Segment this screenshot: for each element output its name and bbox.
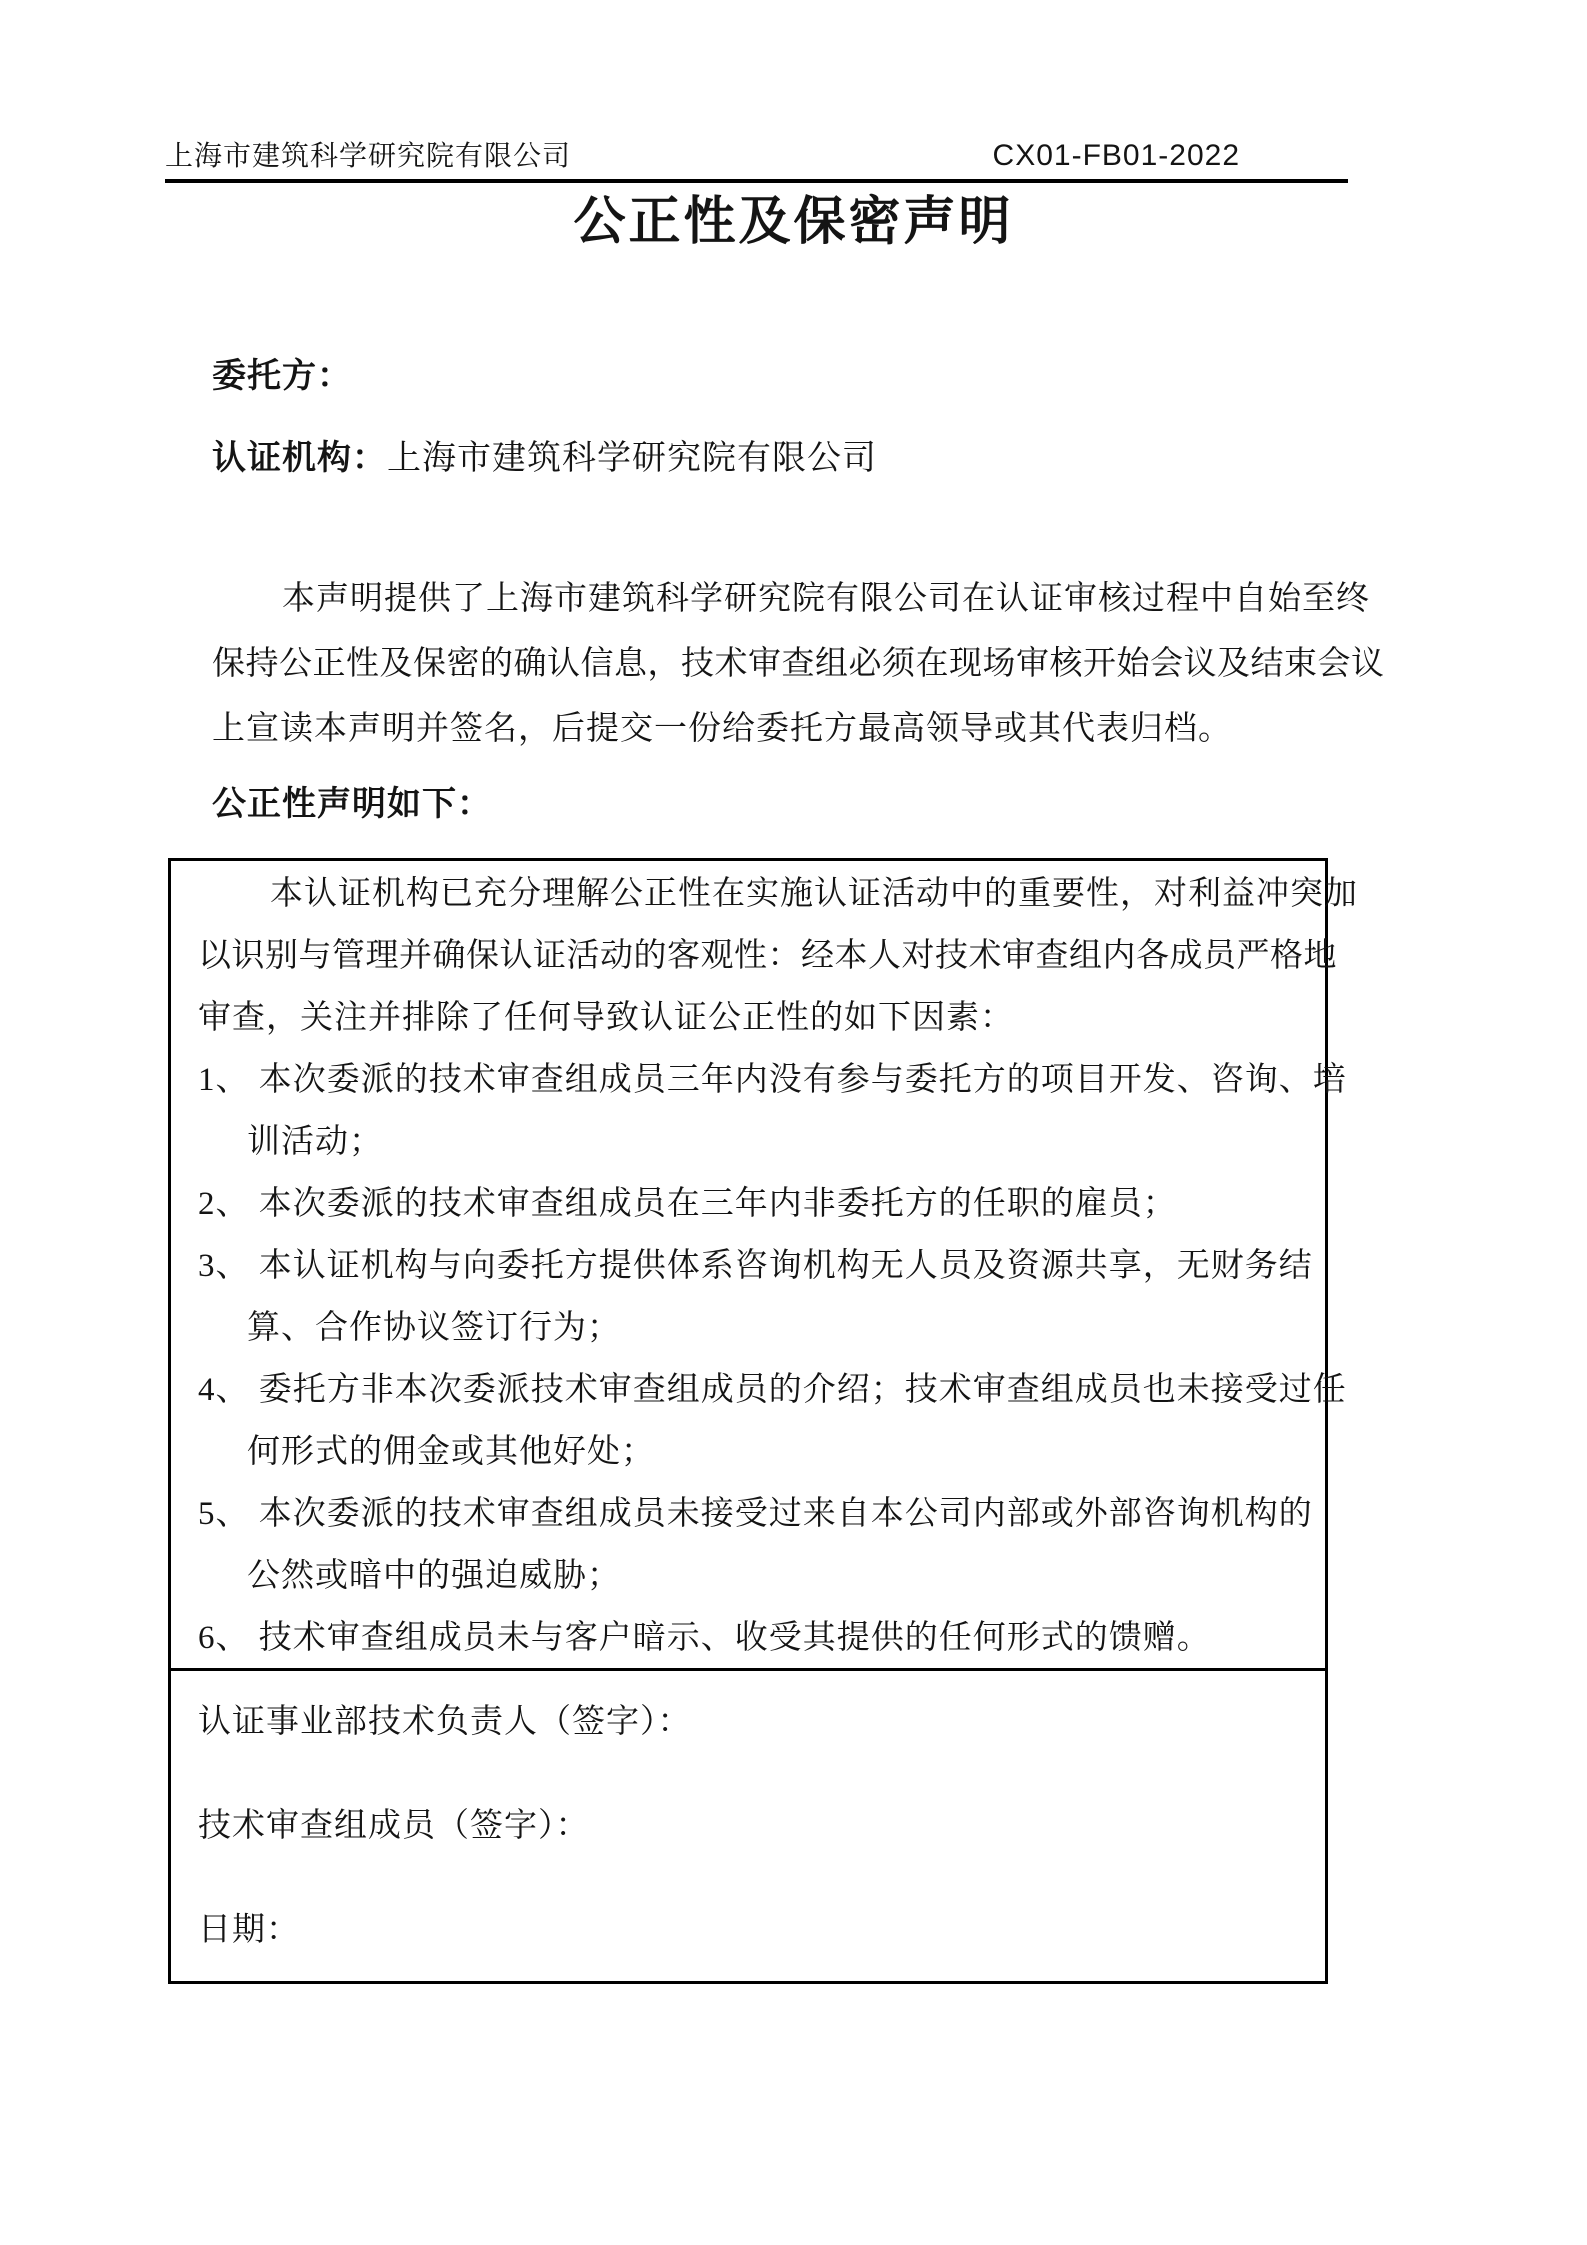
signature-line-review-team-member: 技术审查组成员（签字）： [198,1808,590,1845]
statement-item-line: 2、 本次委派的技术审查组成员在三年内非委托方的任职的雇员； [198,1186,1177,1223]
document-page: 上海市建筑科学研究院有限公司 CX01-FB01-2022 公正性及保密声明 委… [0,0,1587,2245]
document-title: 公正性及保密声明 [0,194,1587,252]
statement-item-line: 4、 委托方非本次委派技术审查组成员的介绍；技术审查组成员也未接受过任 [198,1372,1347,1409]
certification-body-label: 认证机构： [212,440,387,477]
signature-line-technical-director: 认证事业部技术负责人（签字）： [198,1704,692,1741]
statement-item-line: 算、合作协议签订行为； [247,1310,621,1347]
statement-item-line: 3、 本认证机构与向委托方提供体系咨询机构无人员及资源共享，无财务结 [198,1248,1313,1285]
statement-item-line: 训活动； [247,1124,383,1161]
statement-preamble-line: 以识别与管理并确保认证活动的客观性：经本人对技术审查组内各成员严格地 [198,938,1337,975]
certification-body-name: 上海市建筑科学研究院有限公司 [387,440,877,477]
header-company-name: 上海市建筑科学研究院有限公司 [165,141,571,172]
statement-item-line: 何形式的佣金或其他好处； [247,1434,655,1471]
intro-line: 本声明提供了上海市建筑科学研究院有限公司在认证审核过程中自始至终 [282,581,1370,618]
signature-line-date: 日期： [198,1912,300,1949]
statement-item-line: 公然或暗中的强迫威胁； [247,1558,621,1595]
intro-line: 保持公正性及保密的确认信息，技术审查组必须在现场审核开始会议及结束会议 [212,646,1385,683]
statement-item-line: 6、 技术审查组成员未与客户暗示、收受其提供的任何形式的馈赠。 [198,1620,1211,1657]
statement-preamble-line: 本认证机构已充分理解公正性在实施认证活动中的重要性，对利益冲突加 [270,876,1358,913]
statement-heading: 公正性声明如下： [212,786,492,824]
signature-section-divider [168,1668,1328,1671]
client-label: 委托方： [212,358,352,396]
intro-line: 上宣读本声明并签名，后提交一份给委托方最高领导或其代表归档。 [212,711,1232,748]
statement-preamble-line: 审查，关注并排除了任何导致认证公正性的如下因素： [198,1000,1014,1037]
statement-item-line: 1、 本次委派的技术审查组成员三年内没有参与委托方的项目开发、咨询、培 [198,1062,1347,1099]
certification-body-row: 认证机构：上海市建筑科学研究院有限公司 [212,440,877,478]
header-rule [165,179,1348,183]
statement-item-line: 5、 本次委派的技术审查组成员未接受过来自本公司内部或外部咨询机构的 [198,1496,1313,1533]
header-doc-code: CX01-FB01-2022 [993,139,1240,173]
